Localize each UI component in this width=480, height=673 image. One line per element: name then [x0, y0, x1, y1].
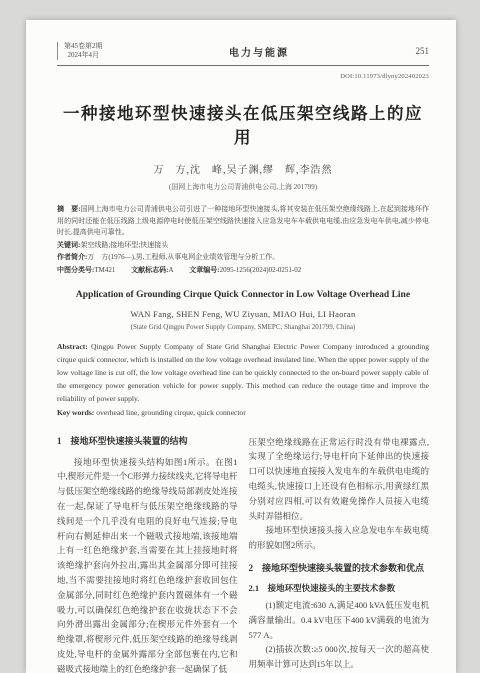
tech-param-item-1: (1)额定电流:630 A,满足400 kVA低压发电机满容量输出。0.4 kV…: [249, 598, 430, 642]
section-1-paragraph-continued: 压架空绝缘线路在正常运行时没有带电裸露点,实现了全绝缘运行;导电杆向下延伸出的快…: [249, 435, 430, 524]
keywords-cn: 关键词:架空线路;接地环型;快速接头: [57, 240, 429, 252]
author-bio-label: 作者简介:: [57, 253, 87, 261]
article-title-cn: 一种接地环型快速接头在低压架空线路上的应用: [57, 100, 429, 148]
keywords-en-label: Key words:: [57, 408, 94, 417]
page-number: 251: [416, 46, 430, 56]
abstract-en: Abstract: Qingpu Power Supply Company of…: [57, 340, 429, 405]
article-id-value: 2095-1256(2024)02-0251-02: [220, 266, 302, 274]
article-id-label: 文章编号:: [189, 266, 219, 274]
abstract-cn-label: 摘 要:: [57, 205, 80, 213]
abstract-cn: 摘 要:国网上海市电力公司青浦供电公司引进了一种接地环型快速接头,将其安装在低压…: [57, 204, 429, 239]
section-1-heading: 1 接地环型快速接头装置的结构: [57, 435, 238, 448]
keywords-cn-text: 架空线路;接地环型;快速接头: [80, 241, 168, 249]
section-2-heading: 2 接地环型快速接头装置的技术参数和优点: [249, 562, 430, 575]
affiliation-en: (State Grid Qingpu Power Supply Company,…: [57, 323, 429, 331]
right-column: 压架空绝缘线路在正常运行时没有带电裸露点,实现了全绝缘运行;导电杆向下延伸出的快…: [249, 435, 430, 673]
doi: DOI:10.11973/dlyny202402023: [57, 73, 429, 80]
affiliation-cn: (国网上海市电力公司青浦供电公司,上海 201799): [57, 182, 429, 192]
keywords-cn-label: 关键词:: [57, 241, 80, 249]
body-columns: 1 接地环型快速接头装置的结构 接地环型快速接头结构如图1所示。在图1中,楔形元…: [57, 435, 429, 673]
keywords-en-text: overhead line, grounding cirque, quick c…: [96, 408, 246, 417]
left-column: 1 接地环型快速接头装置的结构 接地环型快速接头结构如图1所示。在图1中,楔形元…: [57, 435, 238, 673]
doc-code-value: A: [168, 266, 173, 274]
clc-value: TM421: [94, 266, 115, 274]
journal-name: 电力与能源: [229, 44, 289, 59]
keywords-en: Key words: overhead line, grounding cirq…: [57, 406, 429, 419]
clc-label: 中图分类号:: [57, 266, 94, 274]
section-1-paragraph: 接地环型快速接头结构如图1所示。在图1中,楔形元件是一个C形弹力接续线夹,它将导…: [57, 455, 238, 673]
doc-code-label: 文献标志码:: [131, 266, 168, 274]
authors-cn: 万 方,沈 峰,吴子渊,缪 辉,李浩然: [57, 161, 429, 176]
tech-param-item-2: (2)插拔次数:≥5 000次,按每天一次的超高使用频率计算可达到15年以上。: [249, 642, 430, 672]
volume-issue: 第45卷第2期 2024年4月: [57, 42, 103, 60]
abstract-en-text: Qingpu Power Supply Company of State Gri…: [57, 342, 429, 403]
article-title-en: Application of Grounding Cirque Quick Co…: [57, 290, 429, 300]
date-line: 2024年4月: [64, 51, 103, 60]
volume-line: 第45卷第2期: [64, 42, 103, 51]
figure-2-reference-paragraph: 接地环型快速接头接入应急发电车车载电缆的形貌如图2所示。: [249, 523, 430, 553]
author-bio: 作者简介:万 方(1976—),男,工程师,从事电网企业绩效管理与分析工作。: [57, 252, 429, 264]
journal-header: 第45卷第2期 2024年4月 电力与能源 251: [57, 42, 429, 66]
abstract-cn-text: 国网上海市电力公司青浦供电公司引进了一种接地环型快速接头,将其安装在低压架空绝缘…: [57, 205, 429, 236]
author-bio-text: 万 方(1976—),男,工程师,从事电网企业绩效管理与分析工作。: [87, 253, 279, 261]
journal-page: 第45卷第2期 2024年4月 电力与能源 251 DOI:10.11973/d…: [26, 20, 456, 673]
classification-row: 中图分类号:TM421 文献标志码:A 文章编号:2095-1256(2024)…: [57, 265, 429, 277]
authors-en: WAN Fang, SHEN Feng, WU Ziyuan, MIAO Hui…: [57, 309, 429, 319]
section-2-1-heading: 2.1 接地环型快速接头的主要技术参数: [249, 582, 430, 595]
abstract-en-label: Abstract:: [57, 342, 88, 351]
